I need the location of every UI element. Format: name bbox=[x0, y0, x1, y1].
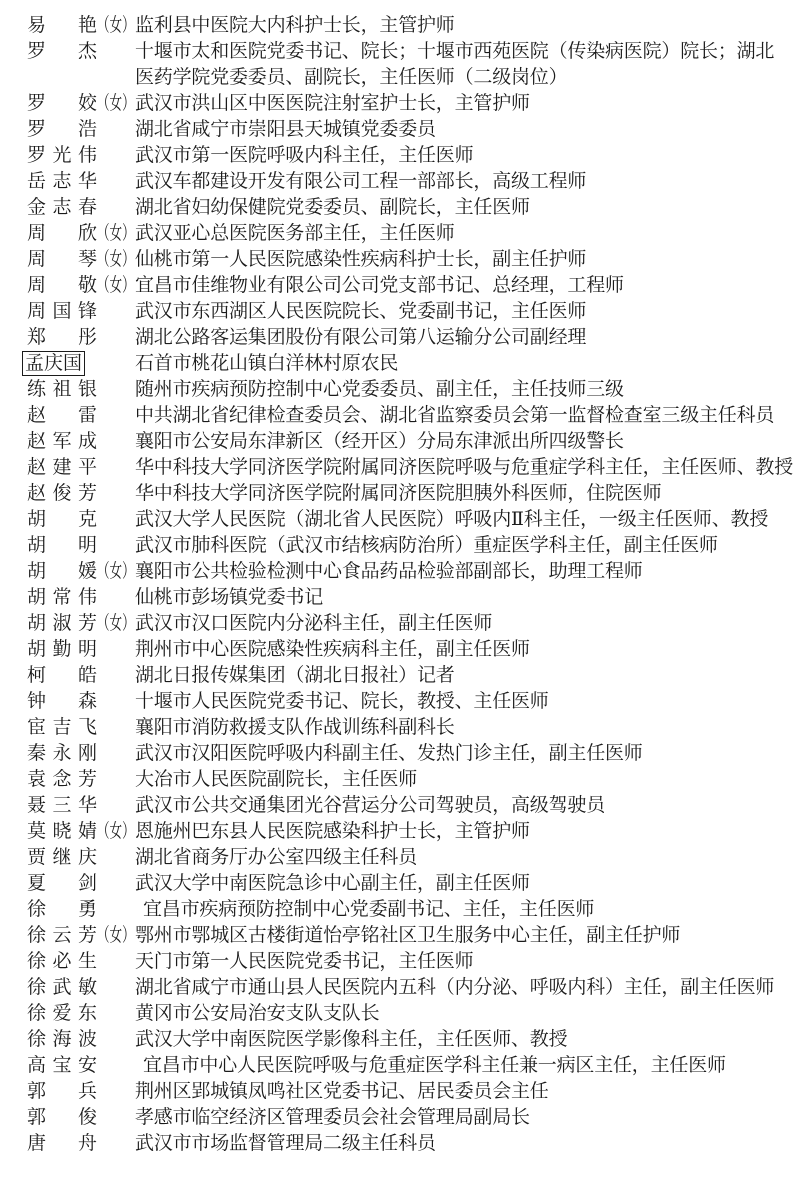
person-title-line: 随州市疾病预防控制中心党委委员、副主任，主任技师三级 bbox=[135, 377, 778, 403]
list-entry: 唐舟 武汉市市场监督管理局二级主任科员 bbox=[27, 1131, 778, 1157]
person-title-line: 湖北省妇幼保健院党委委员、副院长，主任医师 bbox=[135, 195, 778, 221]
list-entry: 周敬 （女） 宜昌市佳维物业有限公司公司党支部书记、总经理，工程师 bbox=[27, 273, 778, 299]
person-title-line: 武汉亚心总医院医务部主任，主任医师 bbox=[135, 221, 778, 247]
person-title-line: 武汉大学人民医院（湖北省人民医院）呼吸内Ⅱ科主任，一级主任医师、教授 bbox=[135, 507, 778, 533]
person-name: 罗光伟 bbox=[27, 143, 97, 169]
person-name-text: 柯皓 bbox=[27, 665, 97, 686]
person-name: 赵雷 bbox=[27, 403, 97, 429]
person-name: 孟庆国 bbox=[27, 351, 97, 377]
list-entry: 柯皓 湖北日报传媒集团（湖北日报社）记者 bbox=[27, 663, 778, 689]
gender-cell bbox=[97, 897, 135, 923]
person-title-line: 鄂州市鄂城区古楼街道怡亭铭社区卫生服务中心主任，副主任护师 bbox=[135, 923, 778, 949]
gender-cell bbox=[97, 507, 135, 533]
recipient-list: 易艳 （女） 监利县中医院大内科护士长，主管护师 罗杰 十堰市太和医院党委书记、… bbox=[27, 13, 778, 1157]
list-entry: 秦永刚 武汉市汉阳医院呼吸内科副主任、发热门诊主任，副主任医师 bbox=[27, 741, 778, 767]
person-name: 莫晓婧 bbox=[27, 819, 97, 845]
person-name-text: 贾继庆 bbox=[27, 847, 97, 868]
person-title-line: 襄阳市公共检验检测中心食品药品检验部副部长，助理工程师 bbox=[135, 559, 778, 585]
gender-cell: （女） bbox=[97, 221, 135, 247]
list-entry: 聂三华 武汉市公共交通集团光谷营运分公司驾驶员，高级驾驶员 bbox=[27, 793, 778, 819]
person-title: 武汉市洪山区中医医院注射室护士长，主管护师 bbox=[135, 91, 778, 117]
person-title-line: 中共湖北省纪律检查委员会、湖北省监察委员会第一监督检查室三级主任科员 bbox=[135, 403, 778, 429]
person-title: 武汉市汉阳医院呼吸内科副主任、发热门诊主任，副主任医师 bbox=[135, 741, 778, 767]
person-title-line: 湖北日报传媒集团（湖北日报社）记者 bbox=[135, 663, 778, 689]
gender-cell bbox=[97, 793, 135, 819]
person-title: 武汉大学中南医院急诊中心副主任，副主任医师 bbox=[135, 871, 778, 897]
person-name: 柯皓 bbox=[27, 663, 97, 689]
person-name: 袁念芳 bbox=[27, 767, 97, 793]
gender-label: （女） bbox=[97, 923, 135, 949]
person-title-line: 孝感市临空经济区管理委员会社会管理局副局长 bbox=[135, 1105, 778, 1131]
person-title-line: 武汉市东西湖区人民医院院长、党委副书记，主任医师 bbox=[135, 299, 778, 325]
gender-cell bbox=[97, 429, 135, 455]
gender-cell bbox=[97, 403, 135, 429]
person-name-text: 徐爱东 bbox=[27, 1003, 97, 1024]
gender-cell bbox=[97, 1131, 135, 1157]
list-entry: 胡常伟 仙桃市彭场镇党委书记 bbox=[27, 585, 778, 611]
person-name: 罗浩 bbox=[27, 117, 97, 143]
person-name: 徐云芳 bbox=[27, 923, 97, 949]
list-entry: 徐勇 宜昌市疾病预防控制中心党委副书记、主任，主任医师 bbox=[27, 897, 778, 923]
list-entry: 孟庆国 石首市桃花山镇白洋林村原农民 bbox=[27, 351, 778, 377]
person-name: 罗杰 bbox=[27, 39, 97, 65]
list-entry: 易艳 （女） 监利县中医院大内科护士长，主管护师 bbox=[27, 13, 778, 39]
person-name: 胡明 bbox=[27, 533, 97, 559]
gender-cell bbox=[97, 1001, 135, 1027]
list-entry: 胡勤明 荆州市中心医院感染性疾病科主任，副主任医师 bbox=[27, 637, 778, 663]
person-name-text: 徐勇 bbox=[27, 899, 97, 920]
person-name-text: 莫晓婧 bbox=[27, 821, 97, 842]
person-name: 赵建平 bbox=[27, 455, 97, 481]
gender-cell: （女） bbox=[97, 91, 135, 117]
person-title: 恩施州巴东县人民医院感染科护士长，主管护师 bbox=[135, 819, 778, 845]
person-title-line: 恩施州巴东县人民医院感染科护士长，主管护师 bbox=[135, 819, 778, 845]
person-title: 鄂州市鄂城区古楼街道怡亭铭社区卫生服务中心主任，副主任护师 bbox=[135, 923, 778, 949]
list-entry: 周国锋 武汉市东西湖区人民医院院长、党委副书记，主任医师 bbox=[27, 299, 778, 325]
person-title-line: 宜昌市疾病预防控制中心党委副书记、主任，主任医师 bbox=[135, 897, 778, 923]
person-name-text: 秦永刚 bbox=[27, 743, 97, 764]
list-entry: 夏剑 武汉大学中南医院急诊中心副主任，副主任医师 bbox=[27, 871, 778, 897]
person-name-text: 袁念芳 bbox=[27, 769, 97, 790]
person-title: 武汉市肺科医院（武汉市结核病防治所）重症医学科主任，副主任医师 bbox=[135, 533, 778, 559]
gender-cell bbox=[97, 1105, 135, 1131]
gender-label: （女） bbox=[97, 273, 135, 299]
list-entry: 郭俊 孝感市临空经济区管理委员会社会管理局副局长 bbox=[27, 1105, 778, 1131]
person-name-text: 周琴 bbox=[27, 249, 97, 270]
list-entry: 胡媛 （女） 襄阳市公共检验检测中心食品药品检验部副部长，助理工程师 bbox=[27, 559, 778, 585]
person-title: 石首市桃花山镇白洋林村原农民 bbox=[135, 351, 778, 377]
person-title: 武汉亚心总医院医务部主任，主任医师 bbox=[135, 221, 778, 247]
list-entry: 罗姣 （女） 武汉市洪山区中医医院注射室护士长，主管护师 bbox=[27, 91, 778, 117]
person-name-text: 郭俊 bbox=[27, 1107, 97, 1128]
person-name-text: 罗光伟 bbox=[27, 145, 97, 166]
person-name: 郑彤 bbox=[27, 325, 97, 351]
person-name-text: 孟庆国 bbox=[22, 351, 85, 376]
list-entry: 胡克 武汉大学人民医院（湖北省人民医院）呼吸内Ⅱ科主任，一级主任医师、教授 bbox=[27, 507, 778, 533]
person-name-text: 徐海波 bbox=[27, 1029, 97, 1050]
person-title: 武汉市东西湖区人民医院院长、党委副书记，主任医师 bbox=[135, 299, 778, 325]
gender-cell: （女） bbox=[97, 559, 135, 585]
person-name-text: 钟森 bbox=[27, 691, 97, 712]
gender-cell bbox=[97, 767, 135, 793]
person-title-line: 荆州市中心医院感染性疾病科主任，副主任医师 bbox=[135, 637, 778, 663]
person-name: 周国锋 bbox=[27, 299, 97, 325]
person-title: 湖北省咸宁市崇阳县天城镇党委委员 bbox=[135, 117, 778, 143]
person-title: 华中科技大学同济医学院附属同济医院胆胰外科医师，住院医师 bbox=[135, 481, 778, 507]
gender-cell bbox=[97, 975, 135, 1001]
person-title-line: 湖北省商务厅办公室四级主任科员 bbox=[135, 845, 778, 871]
gender-cell bbox=[97, 949, 135, 975]
list-entry: 袁念芳 大冶市人民医院副院长，主任医师 bbox=[27, 767, 778, 793]
person-name-text: 赵俊芳 bbox=[27, 483, 97, 504]
gender-label: （女） bbox=[97, 221, 135, 247]
person-name-text: 徐武敏 bbox=[27, 977, 97, 998]
person-title-line: 华中科技大学同济医学院附属同济医院胆胰外科医师，住院医师 bbox=[135, 481, 778, 507]
person-name: 金志春 bbox=[27, 195, 97, 221]
list-entry: 周琴 （女） 仙桃市第一人民医院感染性疾病科护士长，副主任护师 bbox=[27, 247, 778, 273]
list-entry: 练祖银 随州市疾病预防控制中心党委委员、副主任，主任技师三级 bbox=[27, 377, 778, 403]
list-entry: 赵雷 中共湖北省纪律检查委员会、湖北省监察委员会第一监督检查室三级主任科员 bbox=[27, 403, 778, 429]
person-name: 易艳 bbox=[27, 13, 97, 39]
person-name: 胡克 bbox=[27, 507, 97, 533]
gender-cell bbox=[97, 663, 135, 689]
person-title-line: 襄阳市公安局东津新区（经开区）分局东津派出所四级警长 bbox=[135, 429, 778, 455]
person-name-text: 聂三华 bbox=[27, 795, 97, 816]
person-title-line: 仙桃市彭场镇党委书记 bbox=[135, 585, 778, 611]
person-title-line: 监利县中医院大内科护士长，主管护师 bbox=[135, 13, 778, 39]
person-title-line: 十堰市人民医院党委书记、院长，教授、主任医师 bbox=[135, 689, 778, 715]
person-name-text: 周欣 bbox=[27, 223, 97, 244]
person-title: 大冶市人民医院副院长，主任医师 bbox=[135, 767, 778, 793]
list-entry: 高宝安 宜昌市中心人民医院呼吸与危重症医学科主任兼一病区主任，主任医师 bbox=[27, 1053, 778, 1079]
person-name-text: 金志春 bbox=[27, 197, 97, 218]
person-title: 湖北省咸宁市通山县人民医院内五科（内分泌、呼吸内科）主任，副主任医师 bbox=[135, 975, 778, 1001]
gender-cell bbox=[97, 845, 135, 871]
person-title: 湖北日报传媒集团（湖北日报社）记者 bbox=[135, 663, 778, 689]
person-title: 武汉市市场监督管理局二级主任科员 bbox=[135, 1131, 778, 1157]
person-title-line: 荆州区郢城镇凤鸣社区党委书记、居民委员会主任 bbox=[135, 1079, 778, 1105]
person-title: 仙桃市第一人民医院感染性疾病科护士长，副主任护师 bbox=[135, 247, 778, 273]
person-name-text: 郭兵 bbox=[27, 1081, 97, 1102]
person-name-text: 胡媛 bbox=[27, 561, 97, 582]
person-name-text: 徐云芳 bbox=[27, 925, 97, 946]
gender-label: （女） bbox=[97, 611, 135, 637]
person-title-line: 武汉车都建设开发有限公司工程一部部长，高级工程师 bbox=[135, 169, 778, 195]
gender-cell bbox=[97, 637, 135, 663]
person-name: 秦永刚 bbox=[27, 741, 97, 767]
person-name-text: 胡克 bbox=[27, 509, 97, 530]
person-name: 周敬 bbox=[27, 273, 97, 299]
person-title: 襄阳市公安局东津新区（经开区）分局东津派出所四级警长 bbox=[135, 429, 778, 455]
person-title-line: 武汉市汉阳医院呼吸内科副主任、发热门诊主任，副主任医师 bbox=[135, 741, 778, 767]
list-entry: 胡淑芳 （女） 武汉市汉口医院内分泌科主任，副主任医师 bbox=[27, 611, 778, 637]
gender-cell bbox=[97, 871, 135, 897]
gender-cell: （女） bbox=[97, 611, 135, 637]
person-title: 荆州区郢城镇凤鸣社区党委书记、居民委员会主任 bbox=[135, 1079, 778, 1105]
gender-cell bbox=[97, 195, 135, 221]
person-name-text: 罗浩 bbox=[27, 119, 97, 140]
gender-cell bbox=[97, 117, 135, 143]
person-name: 徐勇 bbox=[27, 897, 97, 923]
person-name: 胡常伟 bbox=[27, 585, 97, 611]
list-entry: 岳志华 武汉车都建设开发有限公司工程一部部长，高级工程师 bbox=[27, 169, 778, 195]
person-name: 练祖银 bbox=[27, 377, 97, 403]
person-name-text: 罗姣 bbox=[27, 93, 97, 114]
person-name-text: 胡明 bbox=[27, 535, 97, 556]
person-title: 宜昌市疾病预防控制中心党委副书记、主任，主任医师 bbox=[135, 897, 778, 923]
list-entry: 郑彤 湖北公路客运集团股份有限公司第八运输分公司副经理 bbox=[27, 325, 778, 351]
person-title: 湖北省商务厅办公室四级主任科员 bbox=[135, 845, 778, 871]
person-title: 华中科技大学同济医学院附属同济医院呼吸与危重症学科主任，主任医师、教授 bbox=[135, 455, 778, 481]
list-entry: 宦吉飞 襄阳市消防救援支队作战训练科副科长 bbox=[27, 715, 778, 741]
person-title-line: 武汉市洪山区中医医院注射室护士长，主管护师 bbox=[135, 91, 778, 117]
person-name: 夏剑 bbox=[27, 871, 97, 897]
person-name-text: 胡淑芳 bbox=[27, 613, 97, 634]
person-title-line: 武汉市第一医院呼吸内科主任，主任医师 bbox=[135, 143, 778, 169]
person-name-text: 胡常伟 bbox=[27, 587, 97, 608]
list-entry: 罗浩 湖北省咸宁市崇阳县天城镇党委委员 bbox=[27, 117, 778, 143]
person-name: 郭兵 bbox=[27, 1079, 97, 1105]
person-name-text: 周敬 bbox=[27, 275, 97, 296]
list-entry: 郭兵 荆州区郢城镇凤鸣社区党委书记、居民委员会主任 bbox=[27, 1079, 778, 1105]
person-title-line: 武汉市公共交通集团光谷营运分公司驾驶员，高级驾驶员 bbox=[135, 793, 778, 819]
person-name-text: 胡勤明 bbox=[27, 639, 97, 660]
gender-cell bbox=[97, 481, 135, 507]
person-name-text: 夏剑 bbox=[27, 873, 97, 894]
person-title: 监利县中医院大内科护士长，主管护师 bbox=[135, 13, 778, 39]
list-entry: 钟森 十堰市人民医院党委书记、院长，教授、主任医师 bbox=[27, 689, 778, 715]
person-name: 胡淑芳 bbox=[27, 611, 97, 637]
person-title-line: 医药学院党委委员、副院长，主任医师（二级岗位） bbox=[135, 65, 778, 91]
person-title-line: 武汉市汉口医院内分泌科主任，副主任医师 bbox=[135, 611, 778, 637]
person-name: 徐海波 bbox=[27, 1027, 97, 1053]
gender-cell bbox=[97, 325, 135, 351]
person-title: 襄阳市消防救援支队作战训练科副科长 bbox=[135, 715, 778, 741]
person-name-text: 易艳 bbox=[27, 15, 97, 36]
person-title-line: 石首市桃花山镇白洋林村原农民 bbox=[135, 351, 778, 377]
list-entry: 贾继庆 湖北省商务厅办公室四级主任科员 bbox=[27, 845, 778, 871]
gender-cell: （女） bbox=[97, 923, 135, 949]
person-name-text: 郑彤 bbox=[27, 327, 97, 348]
gender-label: （女） bbox=[97, 819, 135, 845]
person-title: 武汉市公共交通集团光谷营运分公司驾驶员，高级驾驶员 bbox=[135, 793, 778, 819]
person-name: 徐武敏 bbox=[27, 975, 97, 1001]
person-name: 贾继庆 bbox=[27, 845, 97, 871]
person-title-line: 襄阳市消防救援支队作战训练科副科长 bbox=[135, 715, 778, 741]
list-entry: 徐必生 天门市第一人民医院党委书记，主任医师 bbox=[27, 949, 778, 975]
gender-cell: （女） bbox=[97, 273, 135, 299]
list-entry: 赵俊芳 华中科技大学同济医学院附属同济医院胆胰外科医师，住院医师 bbox=[27, 481, 778, 507]
list-entry: 胡明 武汉市肺科医院（武汉市结核病防治所）重症医学科主任，副主任医师 bbox=[27, 533, 778, 559]
gender-cell bbox=[97, 1053, 135, 1079]
person-name-text: 罗杰 bbox=[27, 41, 97, 62]
person-title-line: 华中科技大学同济医学院附属同济医院呼吸与危重症学科主任，主任医师、教授 bbox=[135, 455, 778, 481]
person-title: 孝感市临空经济区管理委员会社会管理局副局长 bbox=[135, 1105, 778, 1131]
person-title-line: 湖北省咸宁市崇阳县天城镇党委委员 bbox=[135, 117, 778, 143]
person-name-text: 岳志华 bbox=[27, 171, 97, 192]
document-page: 易艳 （女） 监利县中医院大内科护士长，主管护师 罗杰 十堰市太和医院党委书记、… bbox=[0, 0, 798, 1178]
person-name: 聂三华 bbox=[27, 793, 97, 819]
person-title-line: 武汉市肺科医院（武汉市结核病防治所）重症医学科主任，副主任医师 bbox=[135, 533, 778, 559]
person-title: 武汉大学人民医院（湖北省人民医院）呼吸内Ⅱ科主任，一级主任医师、教授 bbox=[135, 507, 778, 533]
gender-label: （女） bbox=[97, 91, 135, 117]
person-title: 荆州市中心医院感染性疾病科主任，副主任医师 bbox=[135, 637, 778, 663]
person-name: 郭俊 bbox=[27, 1105, 97, 1131]
list-entry: 徐武敏 湖北省咸宁市通山县人民医院内五科（内分泌、呼吸内科）主任，副主任医师 bbox=[27, 975, 778, 1001]
person-name-text: 宦吉飞 bbox=[27, 717, 97, 738]
person-title-line: 黄冈市公安局治安支队支队长 bbox=[135, 1001, 778, 1027]
person-name-text: 徐必生 bbox=[27, 951, 97, 972]
list-entry: 金志春 湖北省妇幼保健院党委委员、副院长，主任医师 bbox=[27, 195, 778, 221]
list-entry: 赵建平 华中科技大学同济医学院附属同济医院呼吸与危重症学科主任，主任医师、教授 bbox=[27, 455, 778, 481]
person-title: 武汉车都建设开发有限公司工程一部部长，高级工程师 bbox=[135, 169, 778, 195]
person-name: 钟森 bbox=[27, 689, 97, 715]
gender-cell bbox=[97, 169, 135, 195]
person-title-line: 大冶市人民医院副院长，主任医师 bbox=[135, 767, 778, 793]
person-title: 十堰市太和医院党委书记、院长；十堰市西苑医院（传染病医院）院长；湖北医药学院党委… bbox=[135, 39, 778, 91]
person-name: 周琴 bbox=[27, 247, 97, 273]
gender-cell bbox=[97, 299, 135, 325]
person-title: 随州市疾病预防控制中心党委委员、副主任，主任技师三级 bbox=[135, 377, 778, 403]
list-entry: 徐海波 武汉大学中南医院医学影像科主任，主任医师、教授 bbox=[27, 1027, 778, 1053]
person-name: 胡勤明 bbox=[27, 637, 97, 663]
list-entry: 徐爱东 黄冈市公安局治安支队支队长 bbox=[27, 1001, 778, 1027]
person-title: 中共湖北省纪律检查委员会、湖北省监察委员会第一监督检查室三级主任科员 bbox=[135, 403, 778, 429]
list-entry: 周欣 （女） 武汉亚心总医院医务部主任，主任医师 bbox=[27, 221, 778, 247]
person-name: 徐必生 bbox=[27, 949, 97, 975]
gender-label: （女） bbox=[97, 13, 135, 39]
person-title-line: 武汉大学中南医院医学影像科主任，主任医师、教授 bbox=[135, 1027, 778, 1053]
list-entry: 赵军成 襄阳市公安局东津新区（经开区）分局东津派出所四级警长 bbox=[27, 429, 778, 455]
person-name-text: 赵军成 bbox=[27, 431, 97, 452]
person-title: 湖北省妇幼保健院党委委员、副院长，主任医师 bbox=[135, 195, 778, 221]
person-title-line: 武汉大学中南医院急诊中心副主任，副主任医师 bbox=[135, 871, 778, 897]
person-name: 周欣 bbox=[27, 221, 97, 247]
person-title-line: 宜昌市中心人民医院呼吸与危重症医学科主任兼一病区主任，主任医师 bbox=[135, 1053, 778, 1079]
gender-label: （女） bbox=[97, 559, 135, 585]
person-title-line: 武汉市市场监督管理局二级主任科员 bbox=[135, 1131, 778, 1157]
gender-cell bbox=[97, 143, 135, 169]
person-title-line: 湖北省咸宁市通山县人民医院内五科（内分泌、呼吸内科）主任，副主任医师 bbox=[135, 975, 778, 1001]
gender-cell bbox=[97, 39, 135, 65]
person-title: 武汉市第一医院呼吸内科主任，主任医师 bbox=[135, 143, 778, 169]
person-title: 天门市第一人民医院党委书记，主任医师 bbox=[135, 949, 778, 975]
gender-cell bbox=[97, 715, 135, 741]
person-name-text: 练祖银 bbox=[27, 379, 97, 400]
person-name-text: 赵雷 bbox=[27, 405, 97, 426]
gender-cell: （女） bbox=[97, 247, 135, 273]
person-name-text: 周国锋 bbox=[27, 301, 97, 322]
person-title: 黄冈市公安局治安支队支队长 bbox=[135, 1001, 778, 1027]
person-name: 高宝安 bbox=[27, 1053, 97, 1079]
gender-cell bbox=[97, 741, 135, 767]
person-title-line: 宜昌市佳维物业有限公司公司党支部书记、总经理，工程师 bbox=[135, 273, 778, 299]
gender-cell: （女） bbox=[97, 13, 135, 39]
person-title-line: 湖北公路客运集团股份有限公司第八运输分公司副经理 bbox=[135, 325, 778, 351]
gender-cell bbox=[97, 585, 135, 611]
list-entry: 徐云芳 （女） 鄂州市鄂城区古楼街道怡亭铭社区卫生服务中心主任，副主任护师 bbox=[27, 923, 778, 949]
list-entry: 罗杰 十堰市太和医院党委书记、院长；十堰市西苑医院（传染病医院）院长；湖北医药学… bbox=[27, 39, 778, 91]
person-name: 赵俊芳 bbox=[27, 481, 97, 507]
person-name: 罗姣 bbox=[27, 91, 97, 117]
gender-cell bbox=[97, 1079, 135, 1105]
person-title-line: 十堰市太和医院党委书记、院长；十堰市西苑医院（传染病医院）院长；湖北 bbox=[135, 39, 778, 65]
person-name: 赵军成 bbox=[27, 429, 97, 455]
gender-cell bbox=[97, 455, 135, 481]
person-title: 仙桃市彭场镇党委书记 bbox=[135, 585, 778, 611]
gender-cell bbox=[97, 377, 135, 403]
person-title: 湖北公路客运集团股份有限公司第八运输分公司副经理 bbox=[135, 325, 778, 351]
person-name-text: 唐舟 bbox=[27, 1133, 97, 1154]
person-title: 武汉市汉口医院内分泌科主任，副主任医师 bbox=[135, 611, 778, 637]
person-title-line: 仙桃市第一人民医院感染性疾病科护士长，副主任护师 bbox=[135, 247, 778, 273]
person-name-text: 赵建平 bbox=[27, 457, 97, 478]
person-name-text: 高宝安 bbox=[27, 1055, 97, 1076]
person-title: 宜昌市中心人民医院呼吸与危重症医学科主任兼一病区主任，主任医师 bbox=[135, 1053, 778, 1079]
gender-cell: （女） bbox=[97, 819, 135, 845]
gender-label: （女） bbox=[97, 247, 135, 273]
gender-cell bbox=[97, 533, 135, 559]
person-name: 唐舟 bbox=[27, 1131, 97, 1157]
list-entry: 莫晓婧 （女） 恩施州巴东县人民医院感染科护士长，主管护师 bbox=[27, 819, 778, 845]
person-title-line: 天门市第一人民医院党委书记，主任医师 bbox=[135, 949, 778, 975]
person-title: 宜昌市佳维物业有限公司公司党支部书记、总经理，工程师 bbox=[135, 273, 778, 299]
list-entry: 罗光伟 武汉市第一医院呼吸内科主任，主任医师 bbox=[27, 143, 778, 169]
gender-cell bbox=[97, 689, 135, 715]
gender-cell bbox=[97, 351, 135, 377]
person-title: 武汉大学中南医院医学影像科主任，主任医师、教授 bbox=[135, 1027, 778, 1053]
person-title: 十堰市人民医院党委书记、院长，教授、主任医师 bbox=[135, 689, 778, 715]
person-name: 岳志华 bbox=[27, 169, 97, 195]
person-name: 胡媛 bbox=[27, 559, 97, 585]
person-name: 宦吉飞 bbox=[27, 715, 97, 741]
gender-cell bbox=[97, 1027, 135, 1053]
person-name: 徐爱东 bbox=[27, 1001, 97, 1027]
person-title: 襄阳市公共检验检测中心食品药品检验部副部长，助理工程师 bbox=[135, 559, 778, 585]
